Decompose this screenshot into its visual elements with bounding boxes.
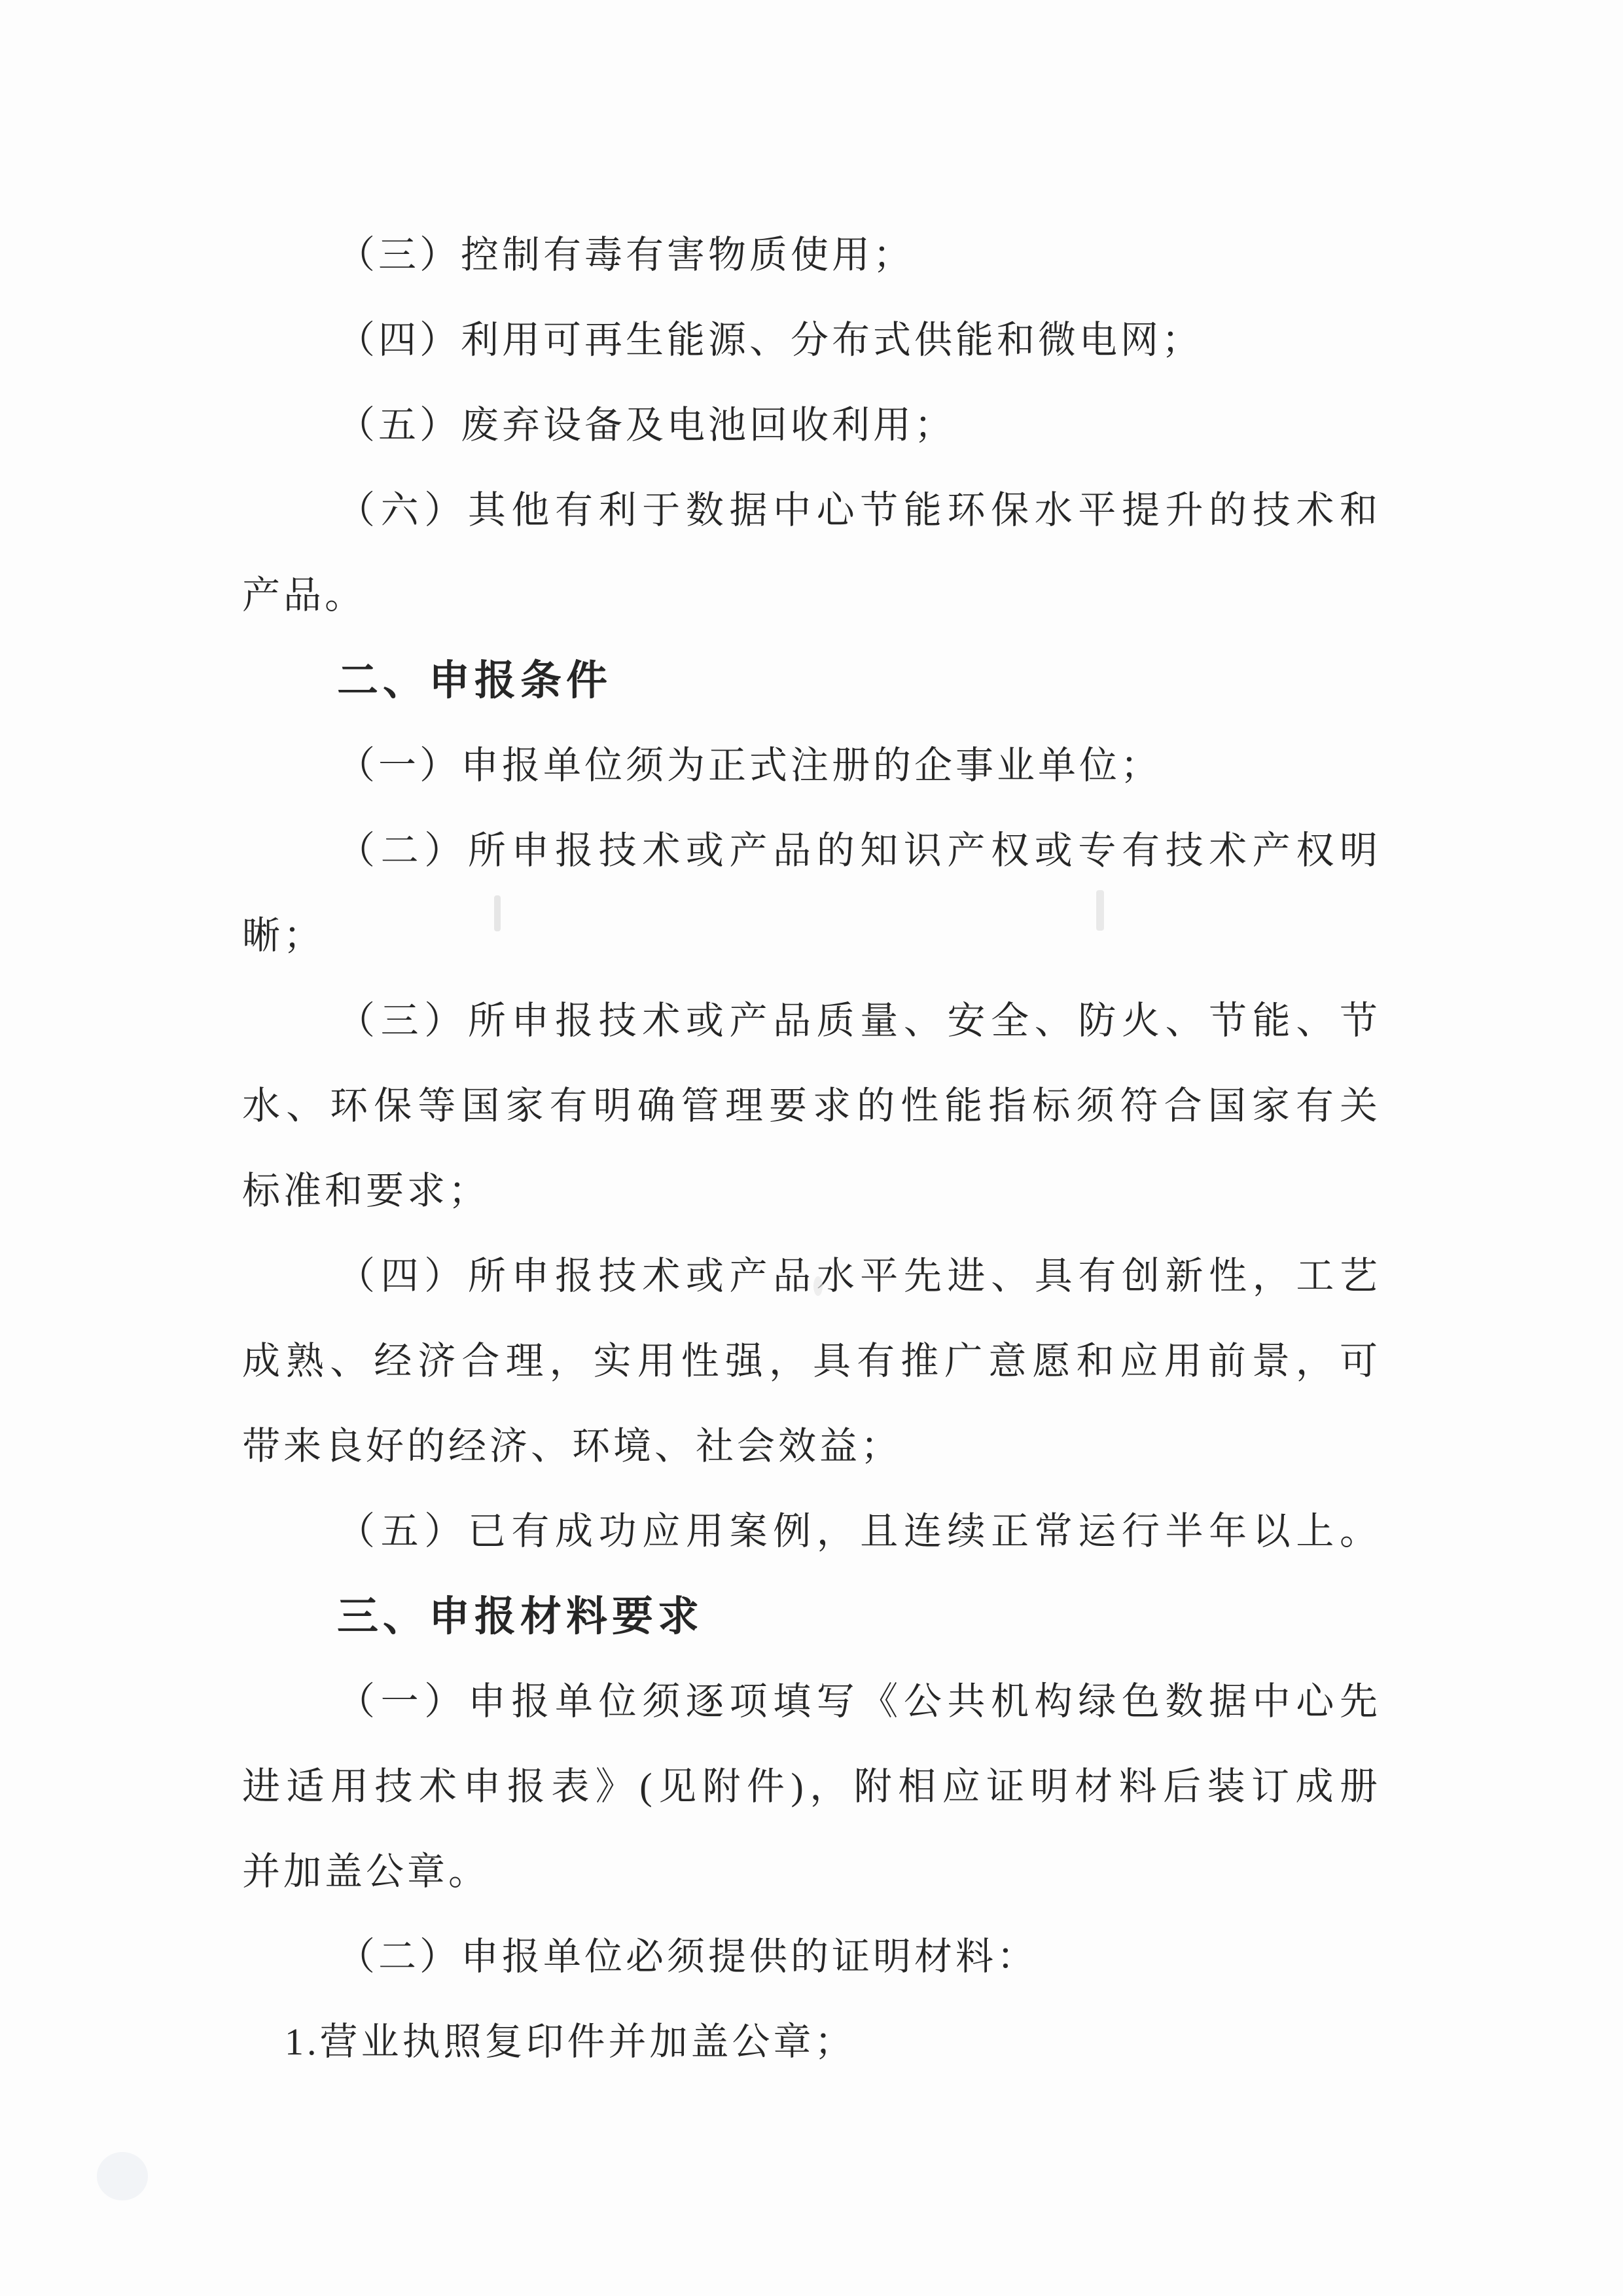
text-line: 晰；: [242, 893, 1381, 978]
text-line: （四）利用可再生能源、分布式供能和微电网；: [242, 298, 1381, 383]
section-heading: 二、申报条件: [242, 638, 1381, 723]
text-line: （二）所申报技术或产品的知识产权或专有技术产权明: [242, 808, 1381, 893]
text-line: 进适用技术申报表》(见附件)，附相应证明材料后装订成册: [242, 1744, 1381, 1829]
text-line: 标准和要求；: [242, 1149, 1381, 1234]
text-line: （一）申报单位须逐项填写《公共机构绿色数据中心先: [242, 1659, 1381, 1744]
text-line: 带来良好的经济、环境、社会效益；: [242, 1404, 1381, 1489]
text-line: （四）所申报技术或产品水平先进、具有创新性，工艺: [242, 1234, 1381, 1319]
section-heading: 三、申报材料要求: [242, 1574, 1381, 1659]
text-line: （三）控制有毒有害物质使用；: [242, 213, 1381, 298]
text-line: （五）已有成功应用案例，且连续正常运行半年以上。: [242, 1489, 1381, 1574]
text-line: 水、环保等国家有明确管理要求的性能指标须符合国家有关: [242, 1064, 1381, 1149]
document-body: （三）控制有毒有害物质使用；（四）利用可再生能源、分布式供能和微电网；（五）废弃…: [242, 213, 1381, 2085]
scan-artifact: [97, 2152, 148, 2200]
text-line: 1.营业执照复印件并加盖公章；: [242, 2000, 1381, 2085]
document-page: （三）控制有毒有害物质使用；（四）利用可再生能源、分布式供能和微电网；（五）废弃…: [0, 0, 1623, 2296]
text-line: 并加盖公章。: [242, 1829, 1381, 1914]
text-line: （六）其他有利于数据中心节能环保水平提升的技术和: [242, 468, 1381, 553]
text-line: （一）申报单位须为正式注册的企事业单位；: [242, 723, 1381, 808]
text-line: （五）废弃设备及电池回收利用；: [242, 383, 1381, 468]
text-line: （三）所申报技术或产品质量、安全、防火、节能、节: [242, 978, 1381, 1064]
text-line: （二）申报单位必须提供的证明材料：: [242, 1914, 1381, 2000]
text-line: 成熟、经济合理，实用性强，具有推广意愿和应用前景，可: [242, 1319, 1381, 1404]
text-line: 产品。: [242, 553, 1381, 638]
